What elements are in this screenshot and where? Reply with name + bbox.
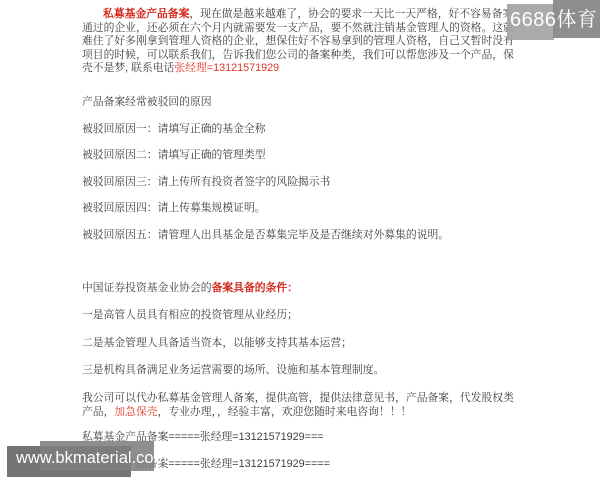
condition-item-2: 二是基金管理人具备适当资本，以能够支持其基本运营； — [82, 337, 518, 351]
conditions-heading-text: 中国证券投资基金业协会的 — [82, 282, 212, 294]
intro-line-5-text: 壳不是梦, 联系电话 — [82, 62, 174, 74]
intro-line-1-text: ，现在做是越来越难了，协会的要求一天比一天严格，好不容易备案 — [189, 8, 513, 20]
intro-line-4: 项目的时候，可以联系我们，告诉我们您公司的备案种类，我们可以帮您涉及一个产品，保 — [82, 49, 518, 63]
reason-item-2: 被驳回原因二：请填写正确的管理类型 — [82, 149, 518, 163]
reason-item-1: 被驳回原因一：请填写正确的基金全称 — [82, 123, 518, 137]
closing-line-2-pre: 产品， — [82, 406, 114, 418]
intro-line-1: 私募基金产品备案，现在做是越来越难了，协会的要求一天比一天严格，好不容易备案 — [82, 8, 518, 22]
closing-line-1: 我公司可以代办私募基金管理人备案，提供高管，提供法律意见书，产品备案，代发股权类 — [82, 392, 518, 406]
intro-line-3: 难住了好多刚拿到管理人资格的企业，想保住好不容易拿到的管理人资格，自己又暂时没有 — [82, 35, 518, 49]
intro-phone-red: 张经理=13121571929 — [174, 62, 279, 74]
condition-item-1: 一是高管人员具有相应的投资管理从业经历； — [82, 309, 518, 323]
closing-urgent-red: 加急保壳 — [114, 406, 157, 418]
conditions-heading-red: 备案具备的条件： — [212, 282, 298, 294]
watermark-bottom-text: www.bkmaterial.com — [16, 450, 167, 467]
condition-item-3: 三是机构具备满足业务运营需要的场所、设施和基本管理制度。 — [82, 364, 518, 378]
reasons-title: 产品备案经常被驳回的原因 — [82, 96, 518, 110]
intro-lead-red: 私募基金产品备案 — [103, 8, 189, 20]
intro-line-5: 壳不是梦, 联系电话张经理=13121571929 — [82, 62, 518, 76]
watermark-top-right: 6686体育 — [507, 0, 600, 41]
watermark-top-text: 6686体育 — [510, 10, 598, 30]
closing-paragraph: 我公司可以代办私募基金管理人备案，提供高管，提供法律意见书，产品备案，代发股权类… — [82, 392, 518, 419]
closing-line-2-post: ，专业办理，，经验丰富，欢迎您随时来电咨询！！！ — [158, 406, 412, 418]
intro-line-2: 通过的企业，还必须在六个月内就需要发一支产品，要不然就注销基金管理人的资格。这就 — [82, 22, 518, 36]
intro-paragraph: 私募基金产品备案，现在做是越来越难了，协会的要求一天比一天严格，好不容易备案 通… — [82, 8, 518, 76]
reason-item-4: 被驳回原因四：请上传募集规模证明。 — [82, 202, 518, 216]
conditions-heading: 中国证券投资基金业协会的备案具备的条件： — [82, 282, 518, 296]
reason-item-5: 被驳回原因五：请管理人出具基金是否募集完毕及是否继续对外募集的说明。 — [82, 229, 518, 243]
watermark-bottom-left: www.bkmaterial.com — [7, 441, 154, 477]
closing-line-2: 产品，加急保壳，专业办理，，经验丰富，欢迎您随时来电咨询！！！ — [82, 406, 518, 420]
reason-item-3: 被驳回原因三：请上传所有投资者签字的风险揭示书 — [82, 176, 518, 190]
article-body: 私募基金产品备案，现在做是越来越难了，协会的要求一天比一天严格，好不容易备案 通… — [82, 8, 518, 471]
